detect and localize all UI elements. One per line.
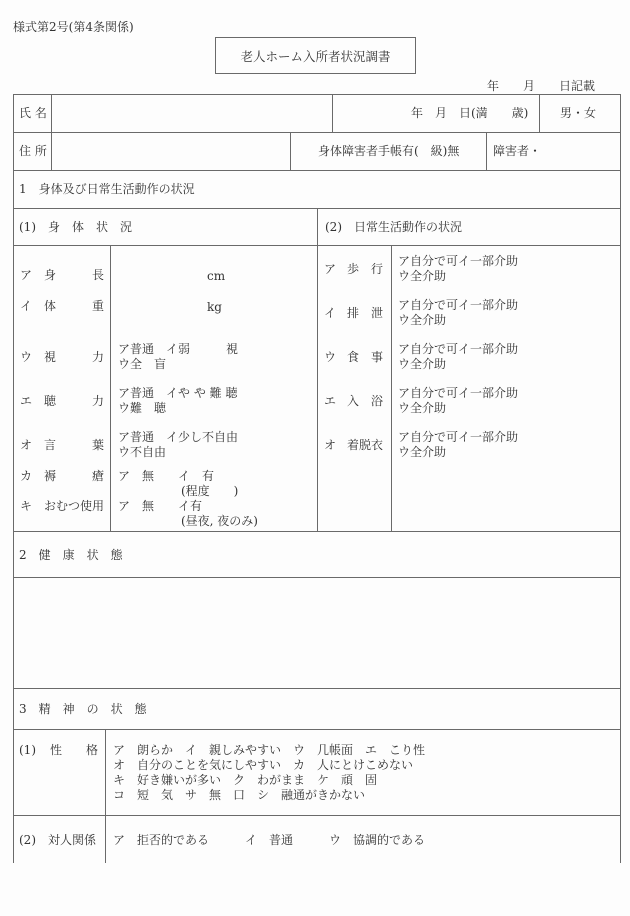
item-kana: ウ xyxy=(20,351,32,363)
name-field[interactable] xyxy=(52,95,331,131)
diaper-options[interactable]: ア 無 イ有 xyxy=(118,500,202,512)
item-label: 力 xyxy=(92,351,104,363)
item-label: 歩 xyxy=(347,263,359,275)
dressing-options[interactable]: ウ全介助 xyxy=(398,446,446,458)
speech-options[interactable]: ウ不自由 xyxy=(118,446,166,458)
disability-handbook-field[interactable]: 身体障害者手帳有( 級)無 xyxy=(318,145,459,157)
walking-options[interactable]: ウ全介助 xyxy=(398,270,446,282)
personality-option-line[interactable]: キ 好き嫌いが多い ク わがまま ケ 頑 固 xyxy=(113,774,377,786)
item-label: 長 xyxy=(92,269,104,281)
item-kana: ア xyxy=(20,269,32,281)
form-title: 老人ホーム入所者状況調書 xyxy=(240,47,390,65)
item-label: 重 xyxy=(92,300,104,312)
meal-options[interactable]: ア自分で可イ一部介助 xyxy=(398,343,518,355)
item-kana: エ xyxy=(324,395,336,407)
item-label: 排 xyxy=(347,307,359,319)
item-label: 褥 xyxy=(44,470,56,482)
vision-options[interactable]: ア普通 イ弱 視 xyxy=(118,343,238,355)
item-kana: ア xyxy=(324,263,336,275)
section1-title: 1 身体及び日常生活動作の状況 xyxy=(19,183,195,195)
form-number: 様式第2号(第4条関係) xyxy=(13,21,134,33)
weight-unit[interactable]: kg xyxy=(207,301,222,313)
item-kana: カ xyxy=(20,470,32,482)
relations-options[interactable]: ア 拒否的である イ 普通 ウ 協調的である xyxy=(113,834,425,846)
item-kana: ウ xyxy=(324,351,336,363)
item-label: 行 xyxy=(371,263,383,275)
item-label: 身 xyxy=(44,269,56,281)
item-label: 葉 xyxy=(92,439,104,451)
relations-label: (2) 対人関係 xyxy=(19,834,96,846)
vision-options[interactable]: ウ全 盲 xyxy=(118,358,166,370)
date-entry-line: 年 月 日記載 xyxy=(487,80,595,92)
personality-option-line[interactable]: ア 朗らか イ 親しみやすい ウ 几帳面 エ こり性 xyxy=(113,744,425,756)
item-kana: キ xyxy=(20,500,32,512)
item-label: 言 xyxy=(44,439,56,451)
personality-option-line[interactable]: オ 自分のことを気にしやすい カ 人にとけこめない xyxy=(113,759,413,771)
item-label: 入 xyxy=(347,395,359,407)
item-label: 視 xyxy=(44,351,56,363)
bedsore-degree[interactable]: (程度 ) xyxy=(181,485,238,497)
birthdate-age-field[interactable]: 年 月 日(満 歳) xyxy=(411,107,528,119)
hearing-options[interactable]: ア普通 イや や 難 聴 xyxy=(118,387,237,399)
item-label: 体 xyxy=(44,300,56,312)
personality-option-line[interactable]: コ 短 気 サ 無 口 シ 融通がきかない xyxy=(113,789,365,801)
item-label: 泄 xyxy=(371,307,383,319)
diaper-timing[interactable]: (昼夜, 夜のみ) xyxy=(181,515,258,527)
item-kana: イ xyxy=(324,307,336,319)
adl-header: (2) 日常生活動作の状況 xyxy=(325,221,462,233)
physical-header: (1) 身 体 状 況 xyxy=(19,221,132,233)
walking-options[interactable]: ア自分で可イ一部介助 xyxy=(398,255,518,267)
item-kana: オ xyxy=(324,439,336,451)
bathing-options[interactable]: ア自分で可イ一部介助 xyxy=(398,387,518,399)
form-title-box: 老人ホーム入所者状況調書 xyxy=(215,37,416,74)
speech-options[interactable]: ア普通 イ少し不自由 xyxy=(118,431,238,443)
item-label: 着脱衣 xyxy=(347,439,383,451)
bathing-options[interactable]: ウ全介助 xyxy=(398,402,446,414)
item-label: おむつ使用 xyxy=(44,500,104,512)
item-label: 力 xyxy=(92,395,104,407)
hearing-options[interactable]: ウ難 聴 xyxy=(118,402,166,414)
item-kana: イ xyxy=(20,300,32,312)
sex-selection[interactable]: 男・女 xyxy=(560,107,596,119)
bedsore-options[interactable]: ア 無 イ 有 xyxy=(118,470,214,482)
height-unit[interactable]: cm xyxy=(207,270,225,282)
personality-label: 性 xyxy=(50,744,62,756)
item-label: 聴 xyxy=(44,395,56,407)
meal-options[interactable]: ウ全介助 xyxy=(398,358,446,370)
disability-field[interactable]: 障害者・ xyxy=(493,145,541,157)
address-label: 住 所 xyxy=(19,145,47,157)
section3-title: 3 精 神 の 状 態 xyxy=(19,703,147,715)
item-label: 瘡 xyxy=(92,470,104,482)
personality-label: 格 xyxy=(86,744,98,756)
excretion-options[interactable]: ア自分で可イ一部介助 xyxy=(398,299,518,311)
item-label: 食 xyxy=(347,351,359,363)
personality-label-num: (1) xyxy=(19,744,36,756)
item-kana: オ xyxy=(20,439,32,451)
excretion-options[interactable]: ウ全介助 xyxy=(398,314,446,326)
item-label: 浴 xyxy=(371,395,383,407)
name-label: 氏 名 xyxy=(19,107,47,119)
item-label: 事 xyxy=(371,351,383,363)
health-status-field[interactable] xyxy=(14,578,620,687)
item-kana: エ xyxy=(20,395,32,407)
dressing-options[interactable]: ア自分で可イ一部介助 xyxy=(398,431,518,443)
section2-title: 2 健 康 状 態 xyxy=(19,549,123,561)
address-field[interactable] xyxy=(52,133,289,169)
